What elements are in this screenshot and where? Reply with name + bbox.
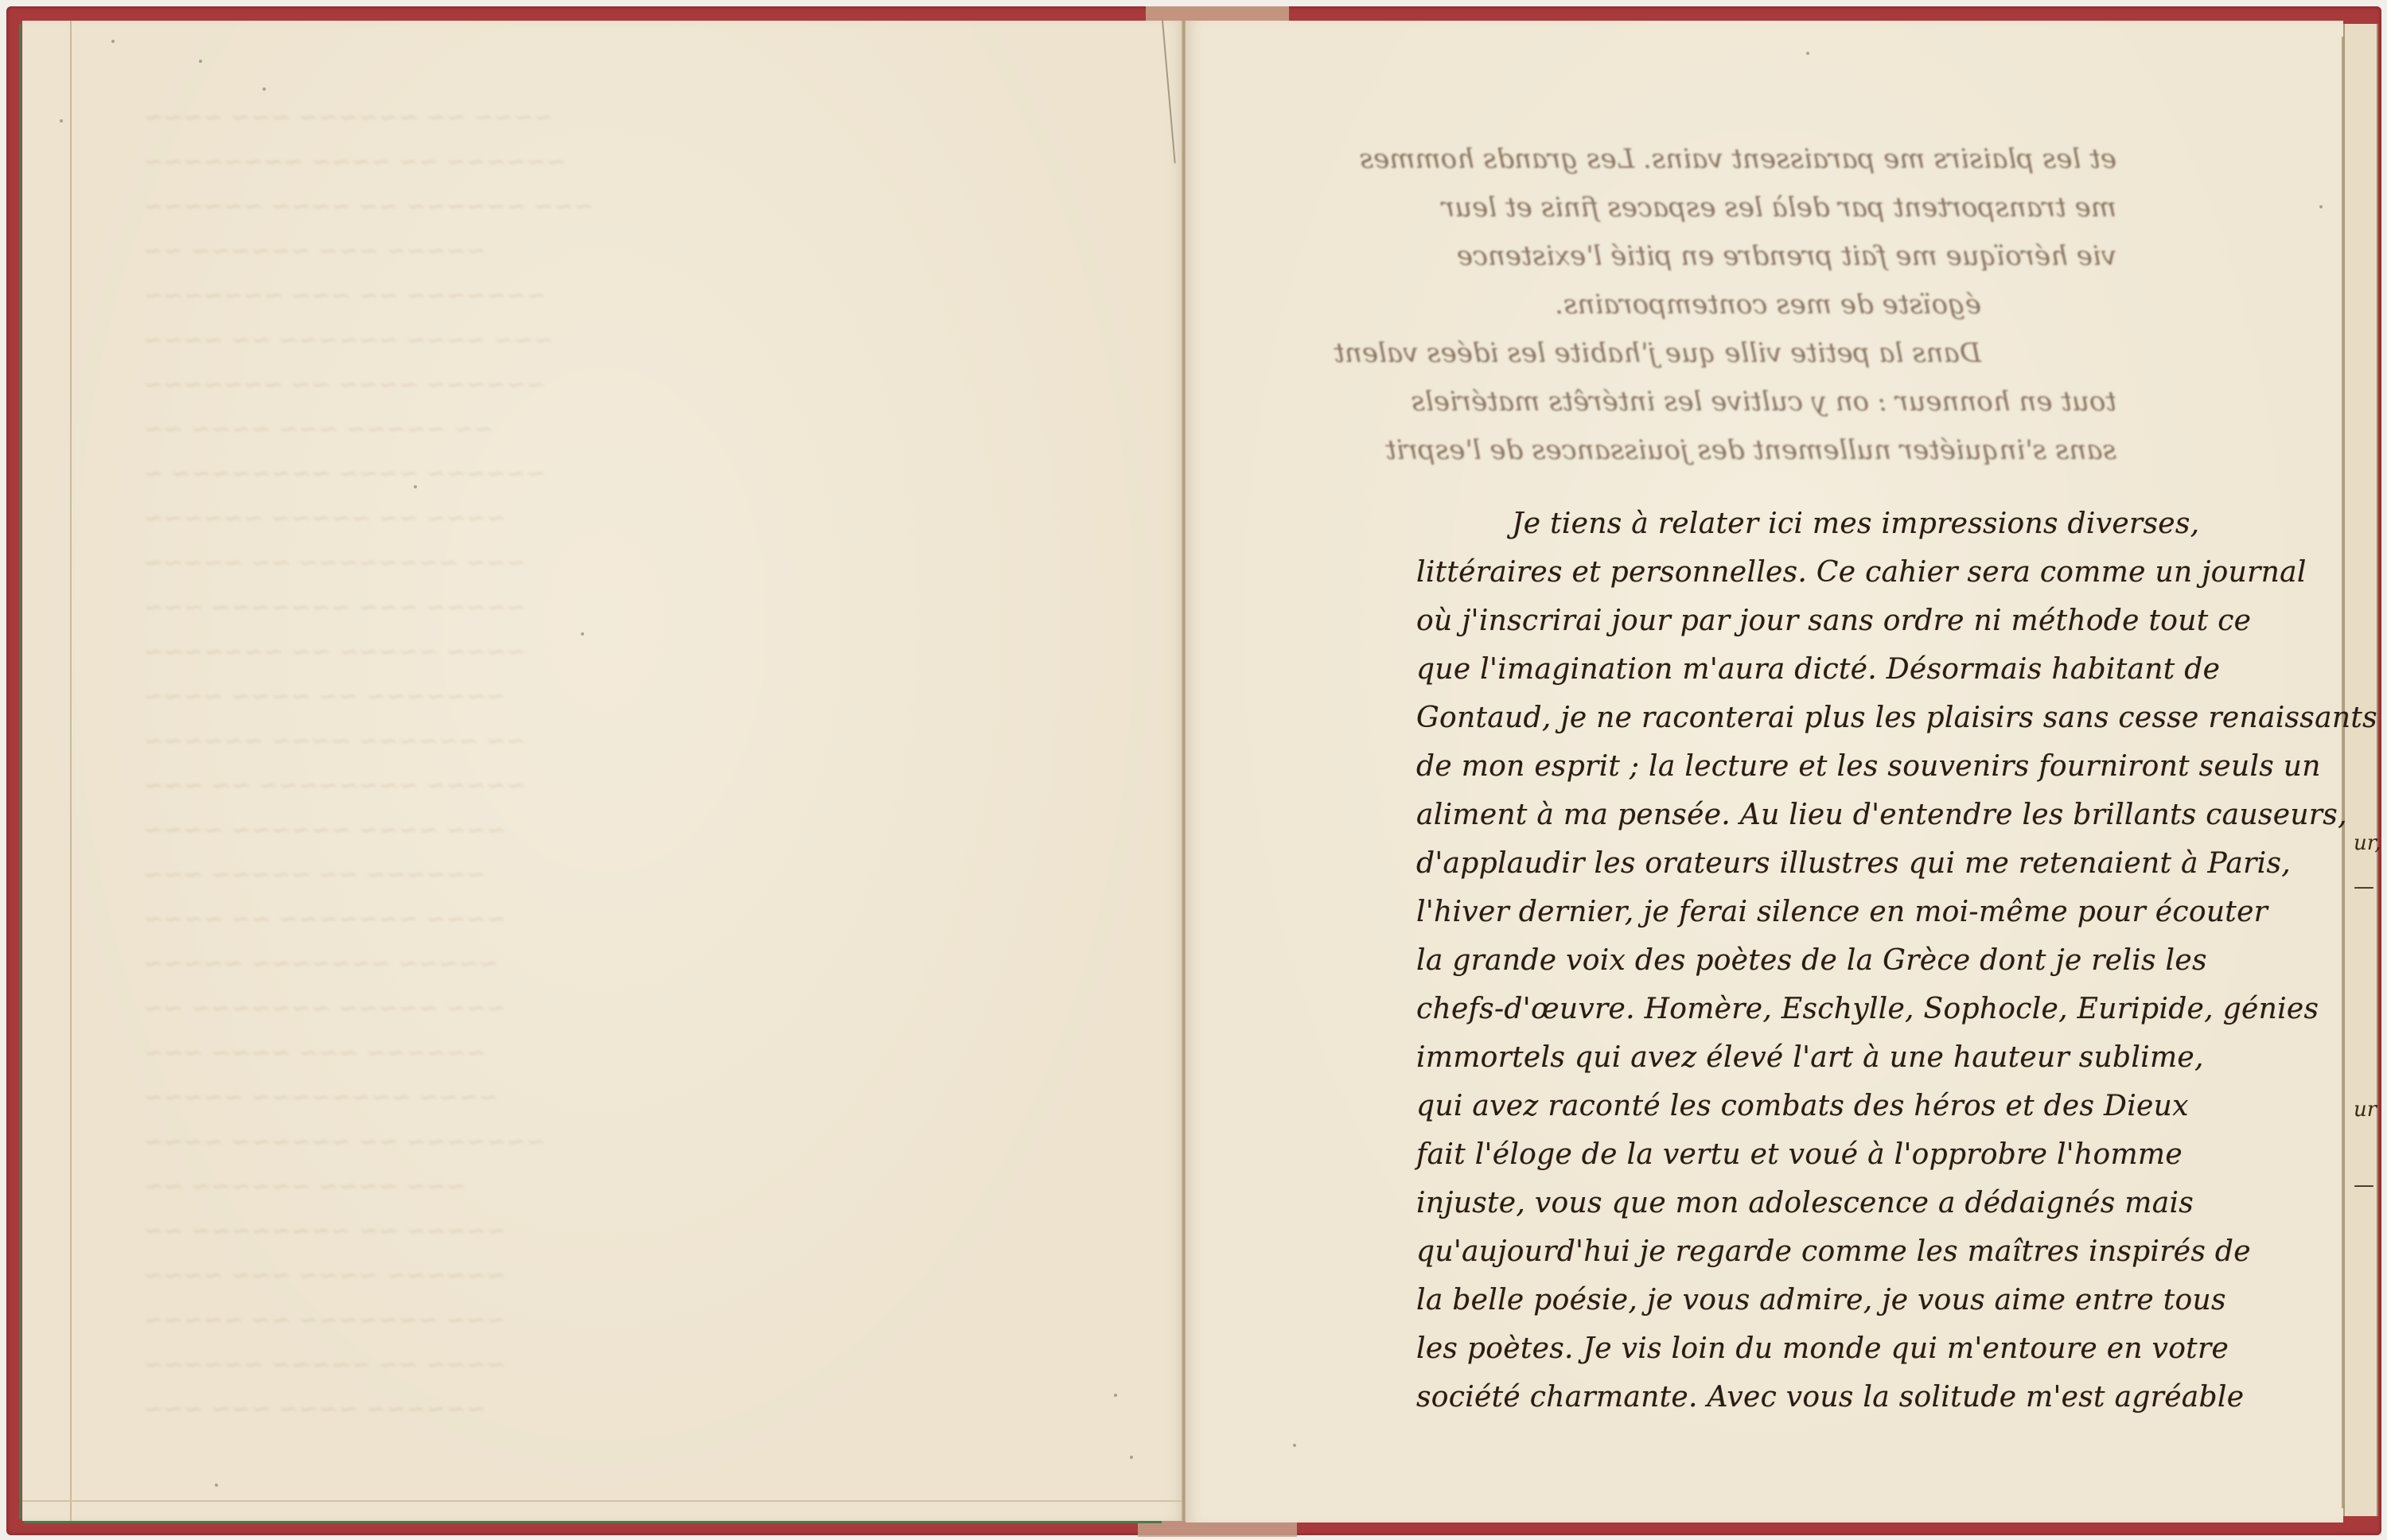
bleed-line: ~~~~~~~ ~~ ~~~ ~~~~~~~ [143,274,1058,318]
manuscript-text: Je tiens à relater ici mes impressions d… [1416,500,2355,1421]
offset-line: tout en honneur : on y cultive les intér… [1241,378,2140,426]
bleed-line: ~~~~~~ ~~ ~~~~ ~~~~~~~~ [143,140,1058,185]
mirrored-ink-offset: et les plaisirs me paraissent vains. Les… [1241,135,2140,475]
bleed-line: ~~~~ ~~~~~ ~~ ~~~~~~~ [143,630,1058,675]
manuscript-line: la belle poésie, je vous admire, je vous… [1416,1276,2355,1324]
bleed-line: ~~~~~~~ ~~ ~~~~~~ ~~~~ [143,1120,1058,1165]
bleed-line: ~~~~~~ ~~~~ ~~~ ~~~ [143,1387,1058,1432]
manuscript-line: chefs-d'œuvre. Homère, Eschylle, Sophocl… [1416,985,2355,1033]
margin-mark: ur [2354,1098,2377,1122]
manuscript-line: fait l'éloge de la vertu et voué à l'opp… [1416,1130,2355,1179]
manuscript-line: Gontaud, je ne raconterai plus les plais… [1416,694,2355,742]
bleed-line: ~~~~ ~~~~~~~~ ~~~~~ [143,1075,1058,1120]
margin-mark: ur, [2354,831,2381,855]
manuscript-line: la grande voix des poètes de la Grèce do… [1416,936,2355,985]
manuscript-line: injuste, vous que mon adolescence a déda… [1416,1179,2355,1227]
bleed-line: ~~~~~~ ~~~~ ~~ ~~~~~~~ [143,363,1058,407]
bleed-line: ~~~~~~ ~~~~ ~~~ ~~~~ [143,1254,1058,1298]
green-edge-left [19,24,21,1519]
manuscript-line: littéraires et personnelles. Ce cahier s… [1416,548,2355,597]
offset-line: vie héroïque me fait prendre en pitié l'… [1241,232,2140,281]
bleed-line: ~~~ ~~~~ ~~~~~~ ~~ ~~~~ [143,318,1058,363]
manuscript-line: l'hiver dernier, je ferai silence en moi… [1416,888,2355,936]
manuscript-line: Je tiens à relater ici mes impressions d… [1416,500,2355,548]
bleed-line: ~~~~ ~~ ~~~~~ ~~~~~~ [143,496,1058,541]
bleed-line: ~~~ ~~~~ ~~~~~~ ~~~~ [143,808,1058,853]
bleed-line: ~~~~~ ~~~~~~~~ ~~ ~~~ [143,764,1058,808]
bleed-line: ~~~~ ~~ ~~~~~ ~~~~~~ [143,1343,1058,1387]
bleed-line: ~~~ ~~~~~ ~~~~~~~ ~~ [143,986,1058,1031]
margin-mark: — [2354,1173,2374,1197]
left-page-bleed-through: ~~~~ ~~ ~~~~~~ ~~~ ~~~~ ~~~~~~ ~~ ~~~~ ~… [143,95,1058,1432]
offset-line: égoïste de mes contemporains. [1241,281,2140,329]
bleed-line: ~~ ~~~~~ ~~~ ~~~~ ~~ [143,407,1058,452]
bleed-line: ~~~ ~~~~~~ ~~ ~~~~ ~~~~~~ [143,185,1058,229]
manuscript-line: où j'inscrirai jour par jour sans ordre … [1416,597,2355,645]
bleed-line: ~~~~~ ~~~~~~~ ~~~~~ [143,942,1058,986]
left-page-bottom-edge [22,1500,1186,1502]
bleed-line: ~~~~~ ~~~ ~~~~~~ ~~ [143,229,1058,274]
bleed-line: ~~~~~~~ ~~ ~~~~ ~~~~ [143,675,1058,719]
bleed-line: ~~~~~ ~~~ ~~~~~~~ ~~~ [143,585,1058,630]
manuscript-line: qu'aujourd'hui je regarde comme les maît… [1416,1227,2355,1276]
manuscript-line: société charmante. Avec vous la solitude… [1416,1373,2355,1421]
offset-line: Dans la petite ville que j'habite les id… [1241,329,2140,378]
bleed-line: ~~~~ ~~~~~~~ ~~ ~~~~ [143,897,1058,942]
left-page-fold-line [70,21,72,1521]
offset-line: et les plaisirs me paraissent vains. Les… [1241,135,2140,184]
bleed-line: ~~~~~~ ~~~~ ~~~~~~~~ ~ [143,452,1058,496]
bleed-line: ~~~ ~~~~ ~~~~~~ ~~ [143,1165,1058,1209]
manuscript-line: de mon esprit ; la lecture et les souven… [1416,742,2355,791]
manuscript-line: immortels qui avez élevé l'art à une hau… [1416,1033,2355,1082]
notebook-scan: ~~~~ ~~ ~~~~~~ ~~~ ~~~~ ~~~~~~ ~~ ~~~~ ~… [0,0,2387,1540]
offset-line: sans s'inquiéter nullement des jouissanc… [1241,426,2140,475]
bleed-line: ~~~ ~~~~~~~ ~~ ~~~~~ [143,1298,1058,1343]
manuscript-line: qui avez raconté les combats des héros e… [1416,1082,2355,1130]
cover-wear-bottom [1138,1521,1297,1537]
bleed-line: ~~~~ ~~ ~~~~~~ ~~~ ~~~~ [143,95,1058,140]
offset-line: me transportent par delà les espaces fin… [1241,184,2140,232]
manuscript-line: d'applaudir les orateurs illustres qui m… [1416,839,2355,888]
bleed-line: ~~~ ~~~~~~~~ ~~ ~~~~~ [143,541,1058,585]
bleed-line: ~~ ~~~~~~ ~~~~ ~~~~~~ [143,719,1058,764]
manuscript-line: aliment à ma pensée. Au lieu d'entendre … [1416,791,2355,839]
manuscript-line: les poètes. Je vis loin du monde qui m'e… [1416,1324,2355,1373]
bleed-line: ~~~~~ ~~ ~~~~~~~~ ~~ [143,1209,1058,1254]
margin-mark: — [2354,875,2374,899]
manuscript-line: que l'imagination m'aura dicté. Désormai… [1416,645,2355,694]
bleed-line: ~~~~~~ ~~~ ~~~~ ~~~ [143,1031,1058,1075]
green-edge-bottom [24,1521,1162,1523]
bleed-line: ~~~~~~ ~~ ~~~~~ ~~~ [143,853,1058,897]
